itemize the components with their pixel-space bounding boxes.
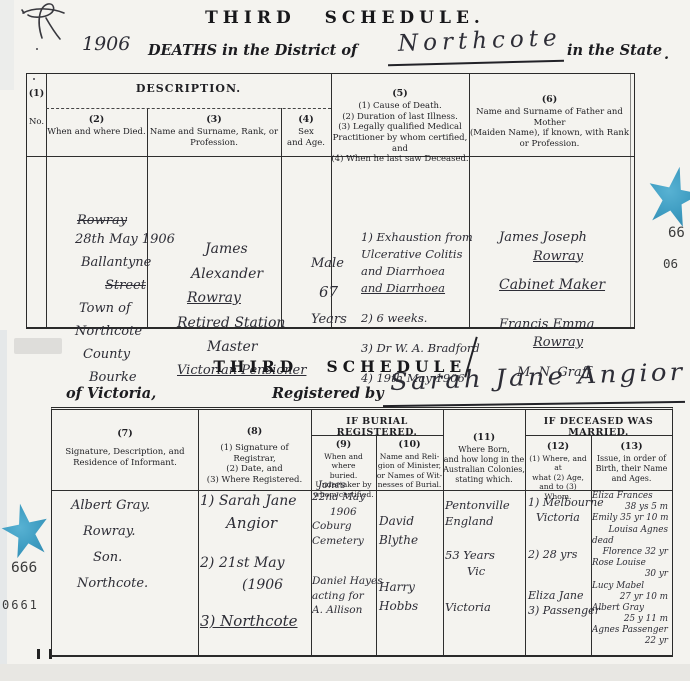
cell-registrar: 1) Sarah JaneAngior2) 21st May(19063) No…	[200, 493, 310, 635]
col13-header: (13) Issue, in order ofBirth, their Name…	[591, 441, 672, 484]
margin-number: 06	[663, 256, 678, 271]
col6-header: (6) Name and Surname of Father and Mothe…	[469, 94, 630, 150]
col11-header: (11) Where Born,and how long in theAustr…	[443, 432, 525, 485]
state-period: .	[664, 46, 669, 63]
scan-shadow	[0, 664, 690, 681]
table-line	[46, 108, 331, 110]
cell-burial-witnesses: DavidBlytheHarryHobbs	[379, 515, 439, 619]
state-label: in the State	[567, 42, 662, 59]
margin-number: 0661	[2, 598, 39, 612]
scan-shadow	[0, 330, 7, 681]
cell-informant: Albert Gray.Rowray.Son.Northcote.	[71, 499, 191, 603]
death-register-scan: THIRD SCHEDULE. 1906 DEATHS in the Distr…	[0, 0, 690, 681]
col4-header: (4) Sexand Age.	[281, 114, 331, 148]
overflow-handwriting: Rowray	[77, 214, 127, 229]
registered-by-label: Registered by	[272, 385, 384, 402]
col2-header: (2) When and where Died.	[46, 114, 147, 138]
year-handwritten: 1906	[82, 34, 130, 56]
cell-where-born: PentonvilleEngland53 YearsVicVictoria	[445, 499, 523, 617]
deaths-district-label: DEATHS in the District of	[148, 42, 357, 59]
col1-header: (1) No.	[27, 88, 46, 128]
cell-issue-children: Eliza Frances38 ys 5 mEmily 35 yr 10 mLo…	[592, 491, 668, 648]
overflow-handwriting: Jones	[318, 480, 346, 492]
col7-header: (7) Signature, Description, andResidence…	[52, 428, 198, 468]
star-stamp-icon	[640, 161, 690, 235]
married-band-header: IF DECEASED WAS MARRIED.	[525, 416, 672, 438]
col8-header: (8) (1) Signature of Registrar,(2) Date,…	[198, 426, 311, 486]
schedule-title-top: THIRD SCHEDULE.	[0, 8, 690, 28]
burial-band-header: IF BURIAL REGISTERED.	[311, 416, 443, 438]
col12-header: (12) (1) Where, and atwhat (2) Age,and t…	[525, 441, 591, 501]
description-band: DESCRIPTION.	[46, 82, 331, 96]
cell-sex-age: Male67Years	[311, 257, 359, 328]
signature-underline	[383, 401, 685, 407]
cell-marriage: 1) MelbourneVictoria2) 28 yrsEliza Jane3…	[528, 497, 590, 620]
district-handwritten: Northcote	[398, 25, 562, 57]
col5-header: (5) (1) Cause of Death.(2) Duration of l…	[331, 88, 469, 165]
cell-burial: 22nd May1906CoburgCemeteryDaniel Hayesac…	[312, 491, 376, 619]
col3-header: (3) Name and Surname, Rank, orProfession…	[147, 114, 281, 148]
district-underline	[388, 60, 564, 66]
scan-smudge	[14, 338, 62, 354]
deaths-table: (1) No. DESCRIPTION. (2) When and where …	[26, 73, 635, 329]
of-victoria-label: of Victoria,	[66, 385, 156, 402]
star-stamp-icon	[0, 499, 56, 566]
margin-number: 666	[11, 560, 37, 576]
ink-dot	[36, 48, 38, 50]
registration-tick-mark	[37, 649, 52, 659]
col10-header: (10) Name and Reli-gion of Minister,or N…	[376, 439, 443, 490]
margin-number: 66	[668, 225, 685, 241]
table-line	[46, 74, 47, 327]
